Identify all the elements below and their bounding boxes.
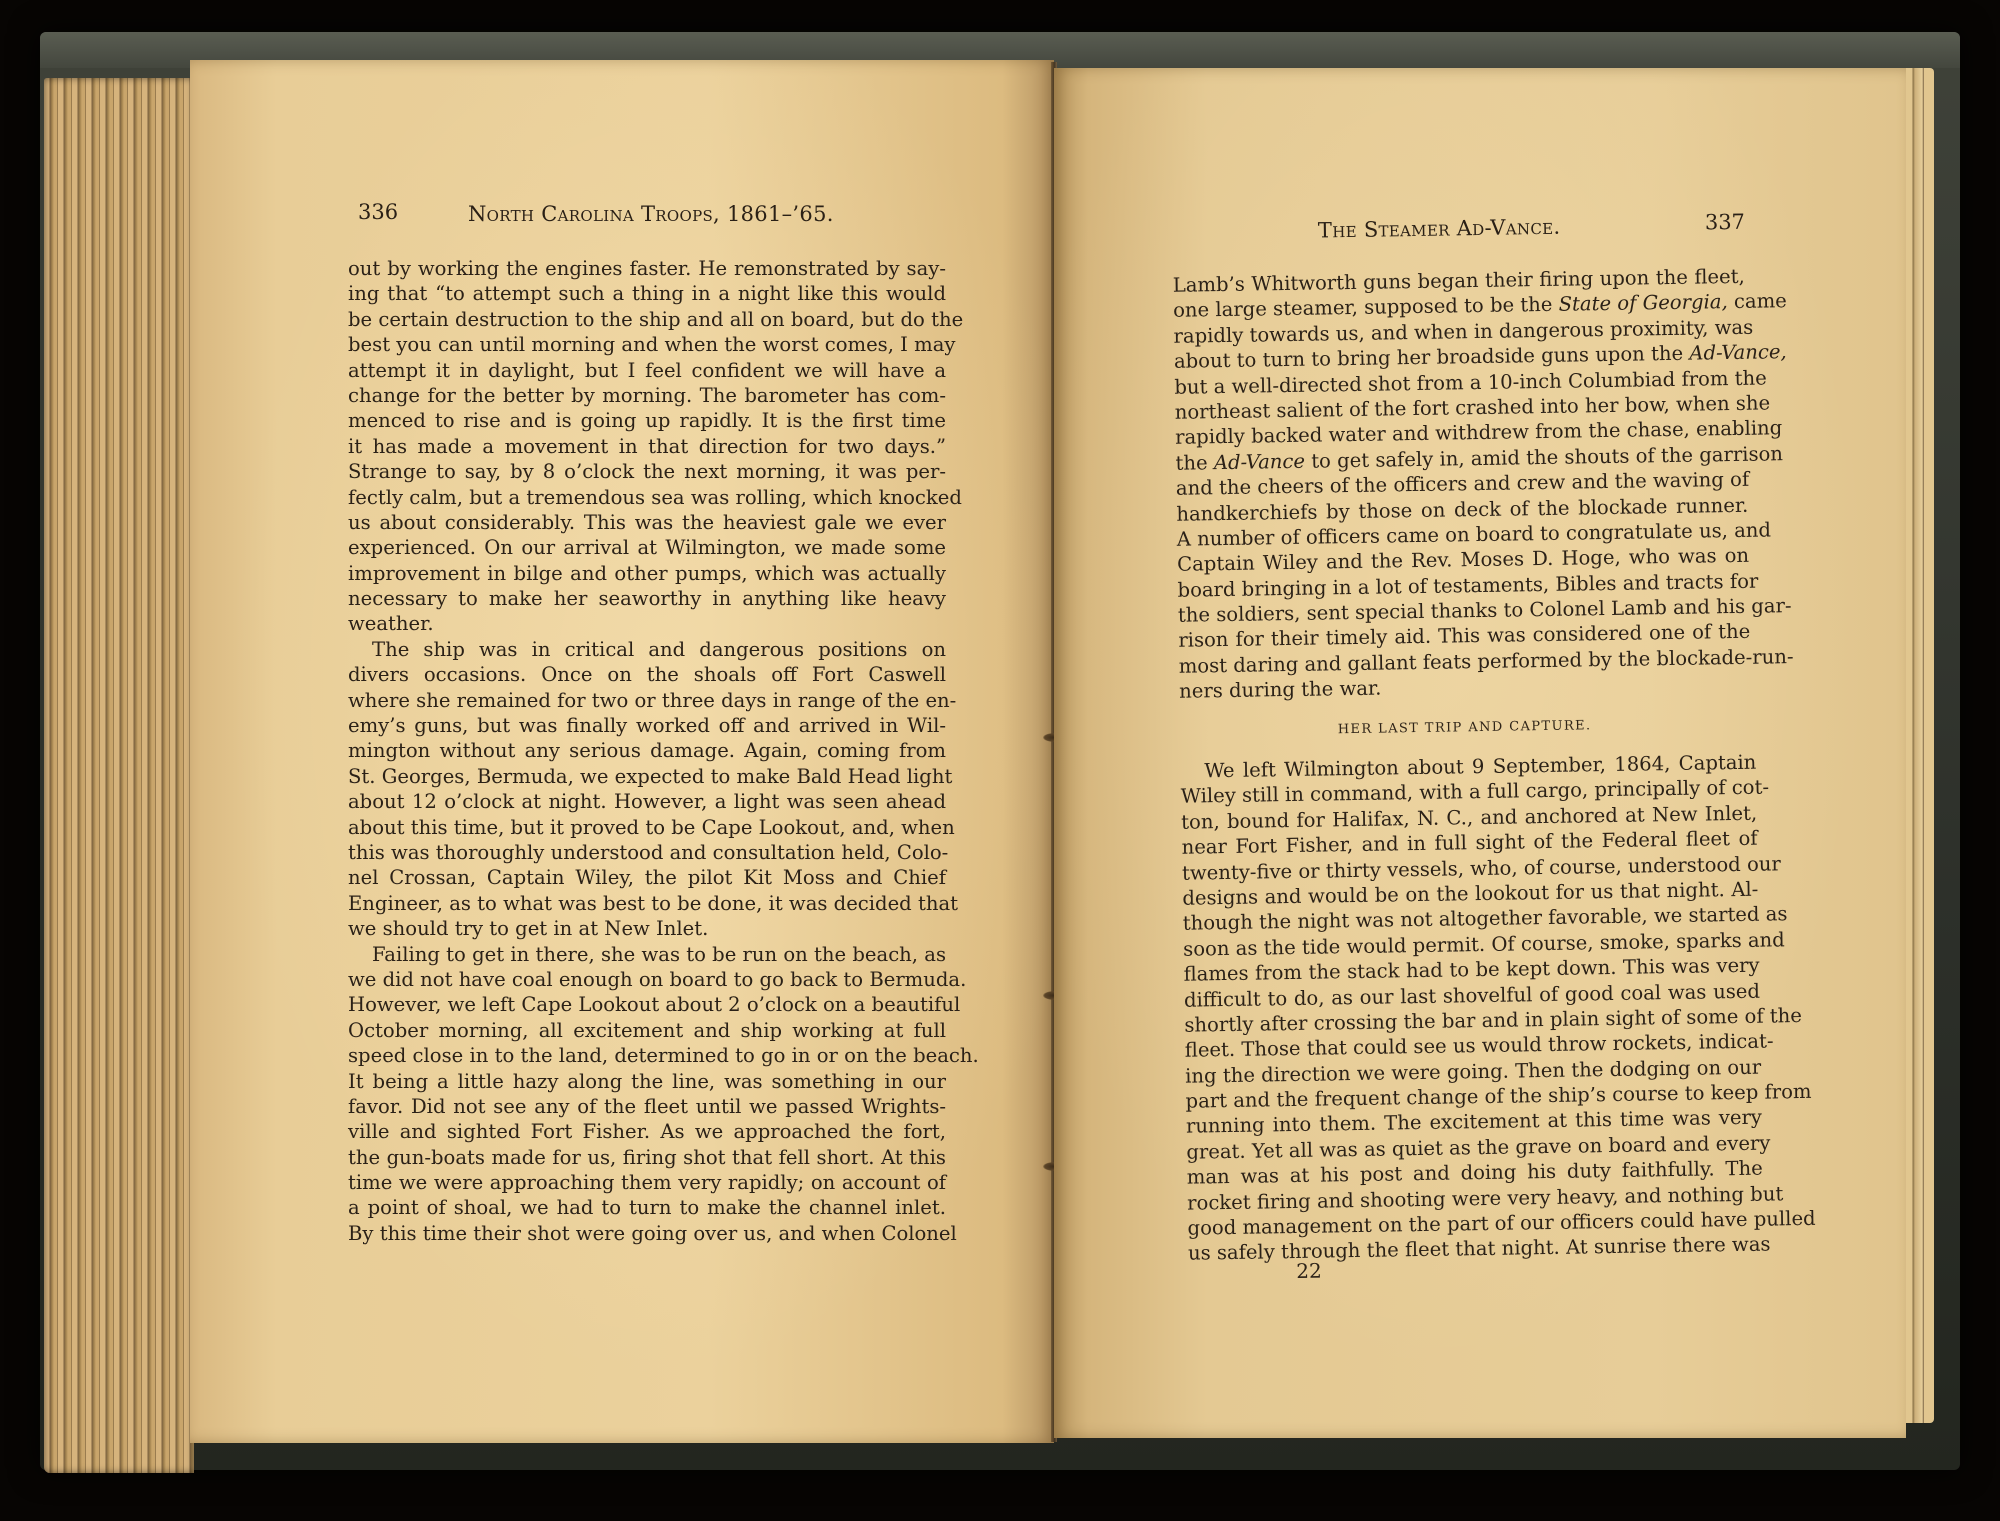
text-line: By this time their shot were going over … xyxy=(348,1221,946,1246)
right-page-body-section: We left Wilmington about 9 September, 18… xyxy=(1180,750,1764,1267)
text-line: be certain destruction to the ship and a… xyxy=(348,307,946,332)
running-head-right: The Steamer Ad-Vance. xyxy=(1318,215,1561,243)
text-line: weather. xyxy=(348,611,946,636)
right-page: The Steamer Ad-Vance. 337 Lamb’s Whitwor… xyxy=(1054,68,1906,1438)
ship-name-italic: Ad-Vance xyxy=(1214,449,1305,473)
paragraph-start-line: The ship was in critical and dangerous p… xyxy=(348,637,946,662)
text-line: speed close in to the land, determined t… xyxy=(348,1043,946,1068)
text-line: us about considerably. This was the heav… xyxy=(348,510,946,535)
page-number-right: 337 xyxy=(1705,210,1745,235)
ship-name-italic: State of Georgia, xyxy=(1558,290,1727,316)
text-line: about this time, but it proved to be Cap… xyxy=(348,815,946,840)
text-fragment: the xyxy=(1175,451,1214,475)
section-heading: HER LAST TRIP AND CAPTURE. xyxy=(1338,718,1592,737)
text-line: we did not have coal enough on board to … xyxy=(348,967,946,992)
text-line: divers occasions. Once on the shoals off… xyxy=(348,662,946,687)
text-fragment: came xyxy=(1728,290,1787,314)
text-line: fectly calm, but a tremendous sea was ro… xyxy=(348,485,946,510)
text-line: emy’s guns, but was finally worked off a… xyxy=(348,713,946,738)
text-line: St. Georges, Bermuda, we expected to mak… xyxy=(348,764,946,789)
left-page: 336 North Carolina Troops, 1861–’65. out… xyxy=(190,60,1054,1443)
text-line: this was thoroughly understood and consu… xyxy=(348,840,946,865)
text-line: Strange to say, by 8 o’clock the next mo… xyxy=(348,459,946,484)
text-line: October morning, all excitement and ship… xyxy=(348,1018,946,1043)
text-line: necessary to make her seaworthy in anyth… xyxy=(348,586,946,611)
signature-mark: 22 xyxy=(1296,1259,1322,1283)
text-line: improvement in bilge and other pumps, wh… xyxy=(348,561,946,586)
text-line: ing that “to attempt such a thing in a n… xyxy=(348,281,946,306)
text-line: menced to rise and is going up rapidly. … xyxy=(348,408,946,433)
text-line: nel Crossan, Captain Wiley, the pilot Ki… xyxy=(348,865,946,890)
text-line: experienced. On our arrival at Wilmingto… xyxy=(348,535,946,560)
running-head-left: North Carolina Troops, 1861–’65. xyxy=(468,202,834,226)
text-line: favor. Did not see any of the fleet unti… xyxy=(348,1094,946,1119)
right-page-body: Lamb’s Whitworth guns began their firing… xyxy=(1173,264,1752,705)
text-line: it has made a movement in that direction… xyxy=(348,434,946,459)
text-line: a point of shoal, we had to turn to make… xyxy=(348,1195,946,1220)
text-line: attempt it in daylight, but I feel confi… xyxy=(348,358,946,383)
text-line: It being a little hazy along the line, w… xyxy=(348,1069,946,1094)
page-stack-left-edge xyxy=(44,78,194,1473)
left-page-body: out by working the engines faster. He re… xyxy=(348,256,946,1246)
text-line: Engineer, as to what was best to be done… xyxy=(348,891,946,916)
text-line: the gun-boats made for us, firing shot t… xyxy=(348,1145,946,1170)
text-line: out by working the engines faster. He re… xyxy=(348,256,946,281)
text-line: time we were approaching them very rapid… xyxy=(348,1170,946,1195)
page-number-left: 336 xyxy=(358,200,398,224)
text-line: ville and sighted Fort Fisher. As we app… xyxy=(348,1119,946,1144)
text-line: where she remained for two or three days… xyxy=(348,688,946,713)
ship-name-italic: Ad-Vance, xyxy=(1689,340,1787,365)
text-line: mington without any serious damage. Agai… xyxy=(348,738,946,763)
text-line: best you can until morning and when the … xyxy=(348,332,946,357)
text-line: However, we left Cape Lookout about 2 o’… xyxy=(348,992,946,1017)
text-line: we should try to get in at New Inlet. xyxy=(348,916,946,941)
text-line: change for the better by morning. The ba… xyxy=(348,383,946,408)
text-line: about 12 o’clock at night. However, a li… xyxy=(348,789,946,814)
paragraph-start-line: Failing to get in there, she was to be r… xyxy=(348,942,946,967)
right-page-content: The Steamer Ad-Vance. 337 Lamb’s Whitwor… xyxy=(1045,61,1918,1444)
